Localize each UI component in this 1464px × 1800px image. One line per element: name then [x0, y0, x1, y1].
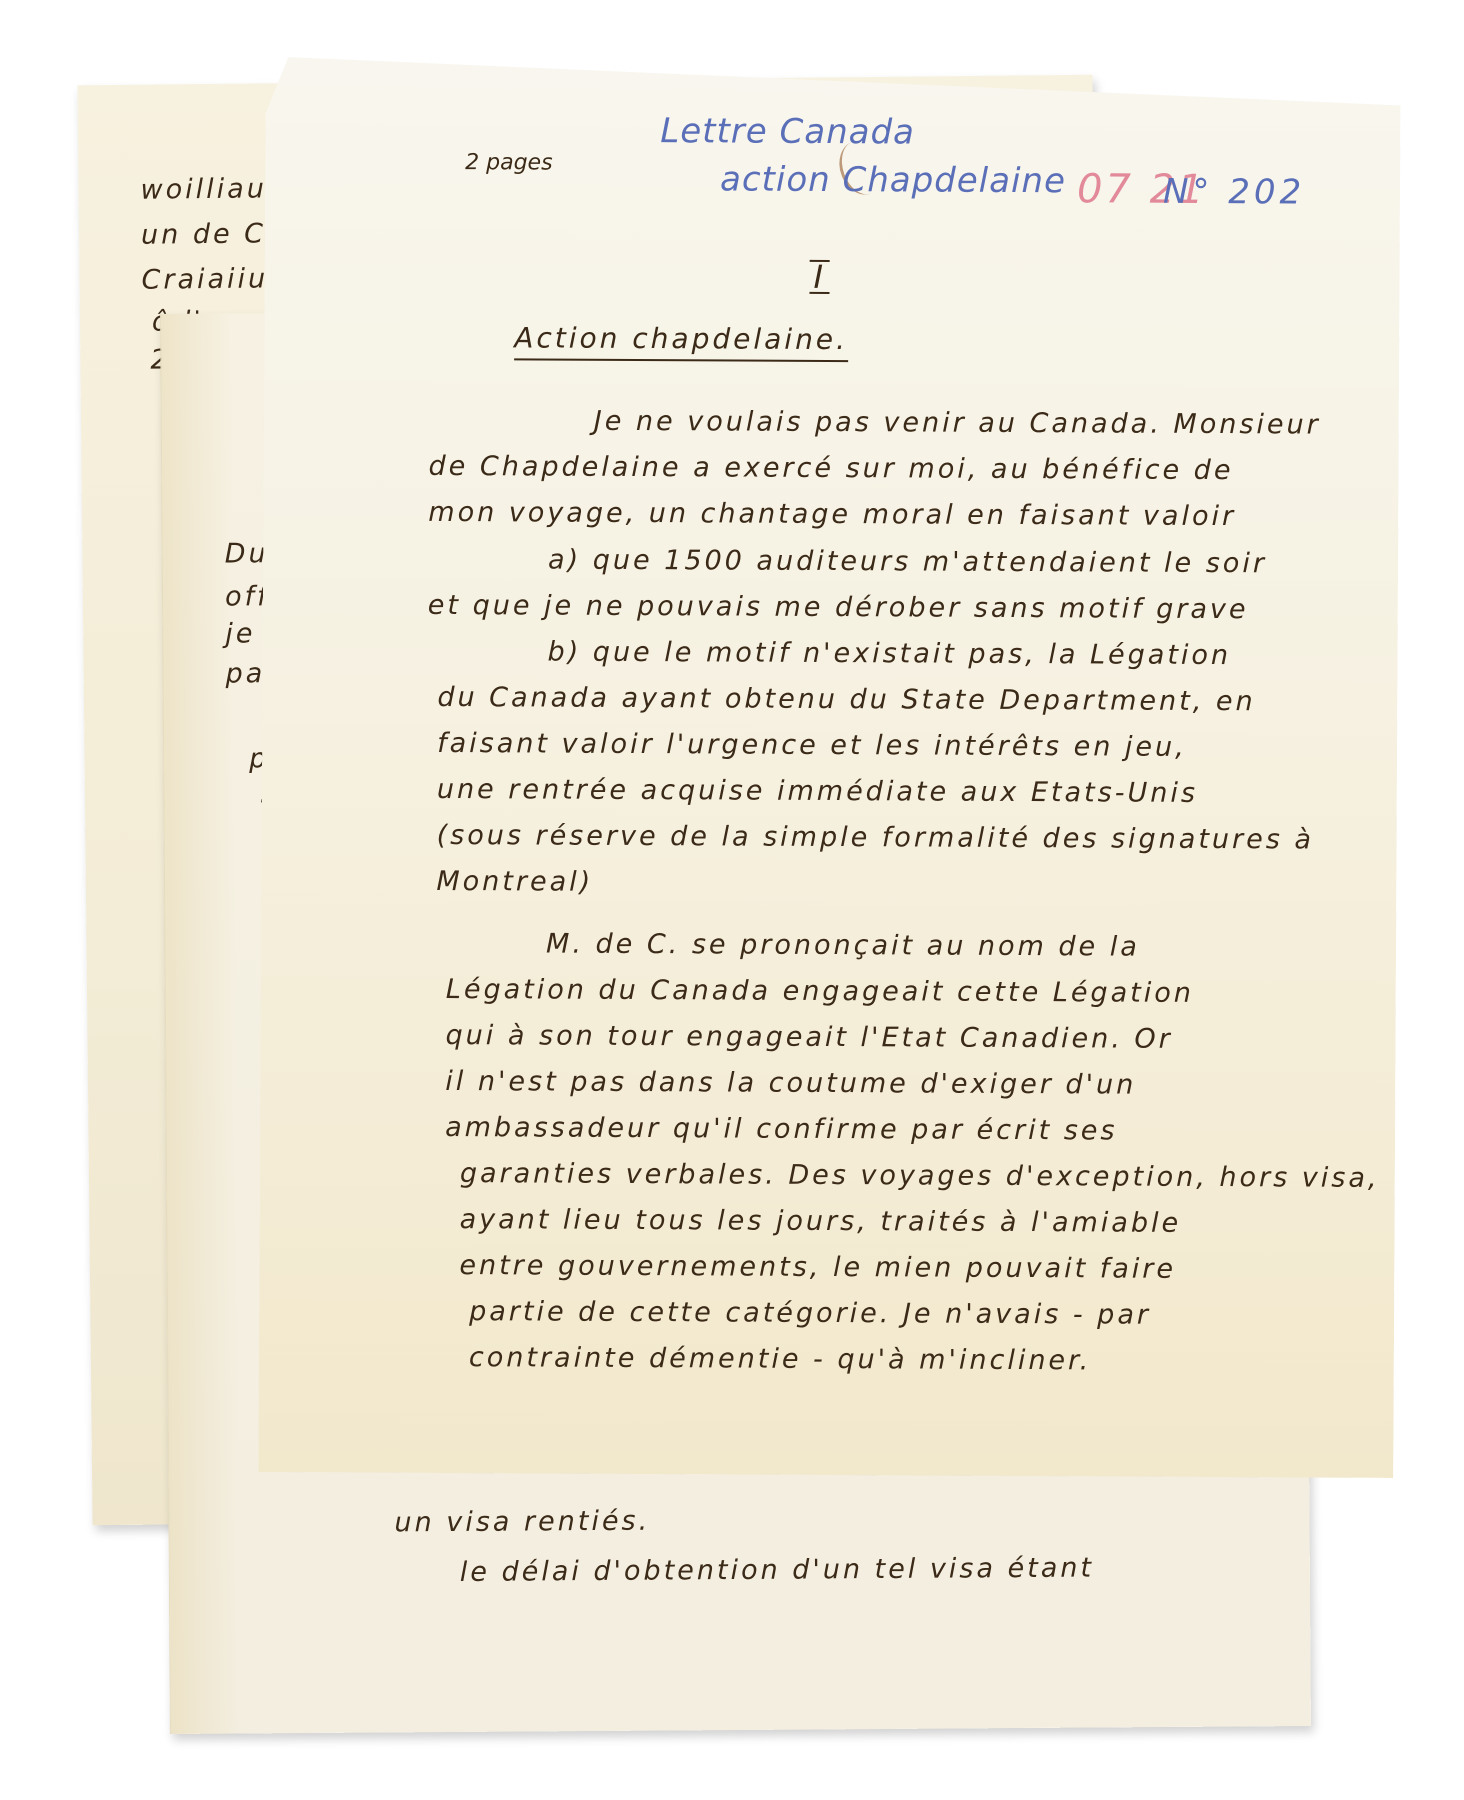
body-line-1: Je ne voulais pas venir au Canada. Monsi… — [594, 406, 1321, 441]
body-line-2: de Chapdelaine a exercé sur moi, au béné… — [428, 451, 1233, 486]
header-annotation-line1: Lettre Canada — [660, 111, 915, 152]
body-line-9: une rentrée acquise immédiate aux Etats-… — [437, 774, 1198, 809]
body-line-20: partie de cette catégorie. Je n'avais - … — [469, 1296, 1151, 1331]
bottom-line-1: un visa rentiés. — [394, 1506, 650, 1539]
bottom-line-2: le délai d'obtention d'un tel visa étant — [460, 1553, 1094, 1588]
body-line-10: (sous réserve de la simple formalité des… — [437, 820, 1314, 856]
body-line-13: Légation du Canada engageait cette Légat… — [446, 974, 1194, 1009]
body-line-4: a) que 1500 auditeurs m'attendaient le s… — [548, 545, 1267, 580]
body-line-5: et que je ne pouvais me dérober sans mot… — [428, 590, 1249, 625]
paper-fold — [161, 314, 241, 1734]
body-line-15: il n'est pas dans la coutume d'exiger d'… — [445, 1066, 1136, 1101]
body-line-17: garanties verbales. Des voyages d'except… — [460, 1158, 1380, 1194]
main-sheet: 2 pages Lettre Canada action Chapdelaine… — [258, 57, 1400, 1478]
body-line-18: ayant lieu tous les jours, traités à l'a… — [460, 1204, 1182, 1239]
body-line-6: b) que le motif n'existait pas, la Légat… — [548, 637, 1232, 672]
body-line-11: Montreal) — [436, 866, 593, 898]
page-count-note: 2 pages — [465, 150, 553, 175]
body-line-21: contrainte démentie - qu'à m'incliner. — [469, 1342, 1092, 1376]
document-number: N° 202 — [1163, 172, 1305, 213]
body-line-12: M. de C. se prononçait au nom de la — [546, 929, 1140, 963]
section-number: I — [809, 260, 830, 294]
body-line-8: faisant valoir l'urgence et les intérêts… — [437, 728, 1187, 763]
body-line-16: ambassadeur qu'il confirme par écrit ses — [445, 1112, 1118, 1147]
section-title: Action chapdelaine. — [514, 321, 848, 362]
body-line-14: qui à son tour engageait l'Etat Canadien… — [446, 1020, 1173, 1055]
body-line-7: du Canada ayant obtenu du State Departme… — [437, 682, 1255, 717]
body-line-3: mon voyage, un chantage moral en faisant… — [428, 497, 1236, 532]
body-line-19: entre gouvernements, le mien pouvait fai… — [459, 1250, 1176, 1285]
header-annotation-line2: action Chapdelaine — [720, 159, 1066, 201]
